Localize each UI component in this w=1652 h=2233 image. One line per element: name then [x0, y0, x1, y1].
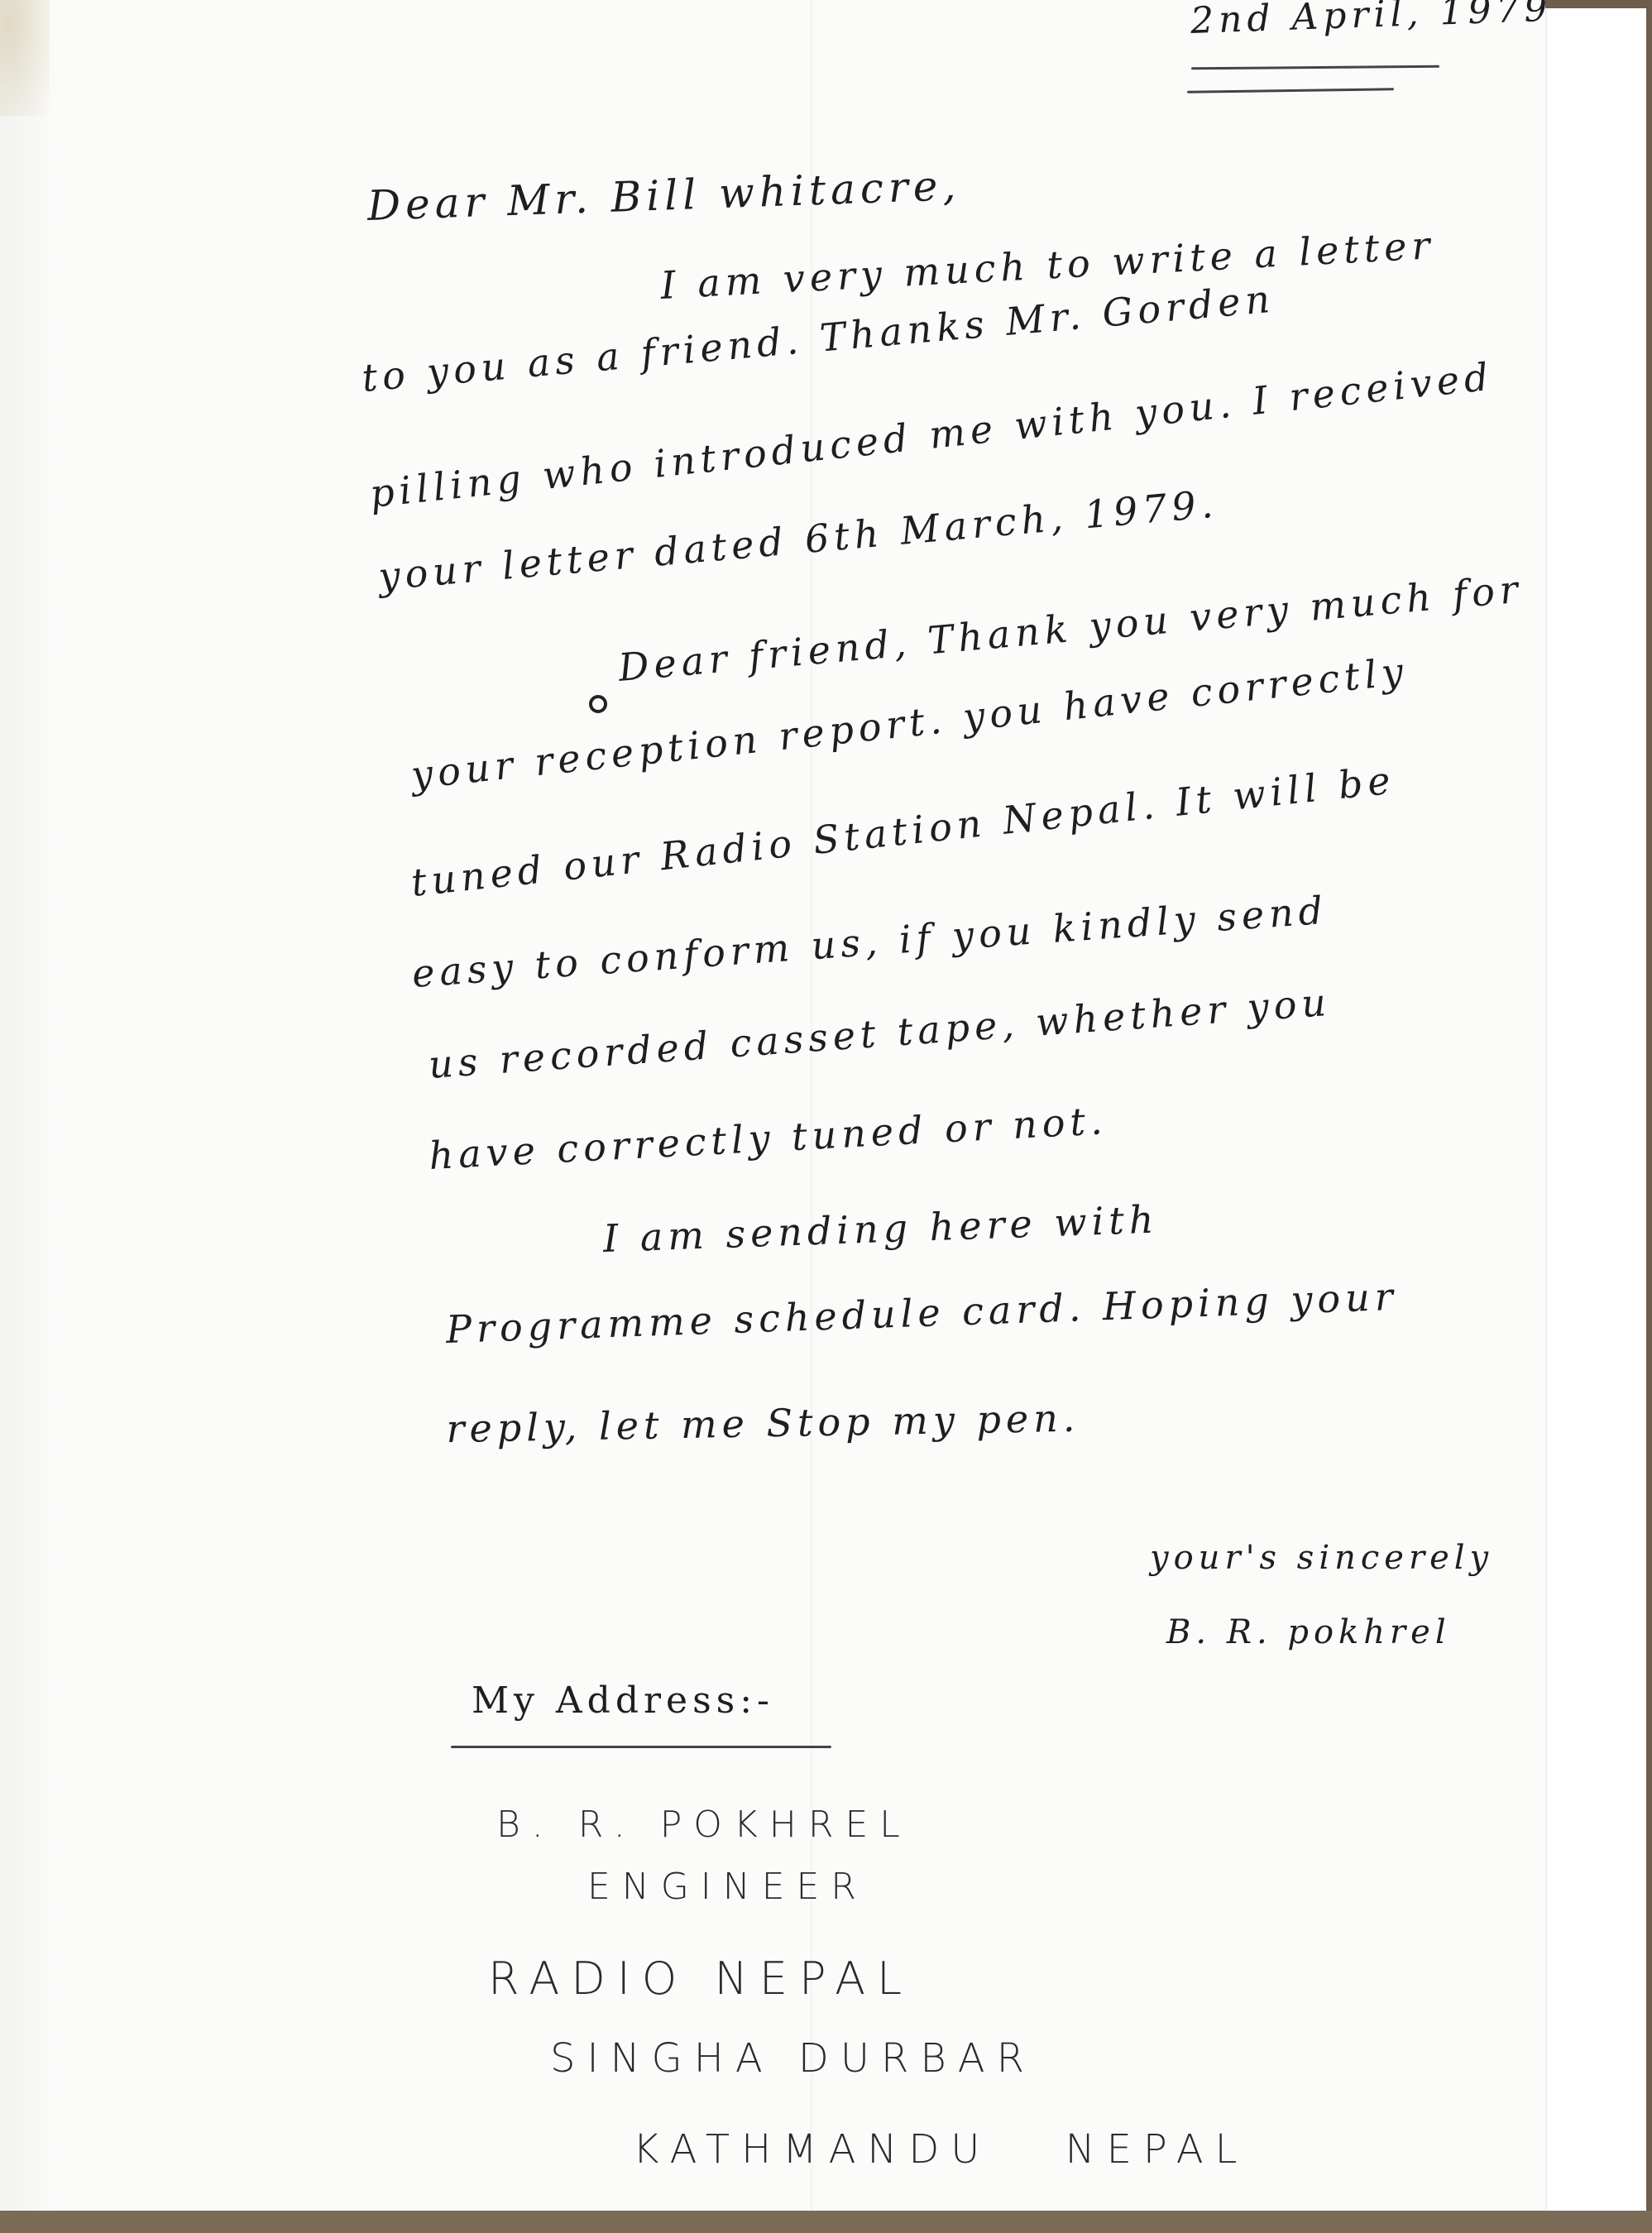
signature: B. R. pokhrel: [1166, 1613, 1451, 1651]
address-heading: My Address:-: [472, 1680, 774, 1722]
closing: your's sincerely: [1150, 1539, 1493, 1577]
paragraph-bullet: [589, 695, 607, 713]
address-line-city: KATHMANDU NEPAL: [633, 2126, 1248, 2173]
address-line-name: B. R. POKHREL: [496, 1804, 912, 1846]
address-line-street: SINGHA DURBAR: [550, 2035, 1036, 2082]
address-line-title: ENGINEER: [587, 1866, 868, 1908]
scan-bottom-edge: [0, 2211, 1652, 2233]
strip-right-edge: [1646, 0, 1652, 2233]
address-heading-underline: [451, 1746, 831, 1748]
torn-left-edge: [0, 0, 58, 2211]
corner-stain: [0, 0, 50, 116]
address-line-org: RADIO NEPAL: [488, 1953, 913, 2005]
strip-top-edge: [1545, 0, 1652, 8]
right-paper-strip: [1545, 0, 1652, 2233]
